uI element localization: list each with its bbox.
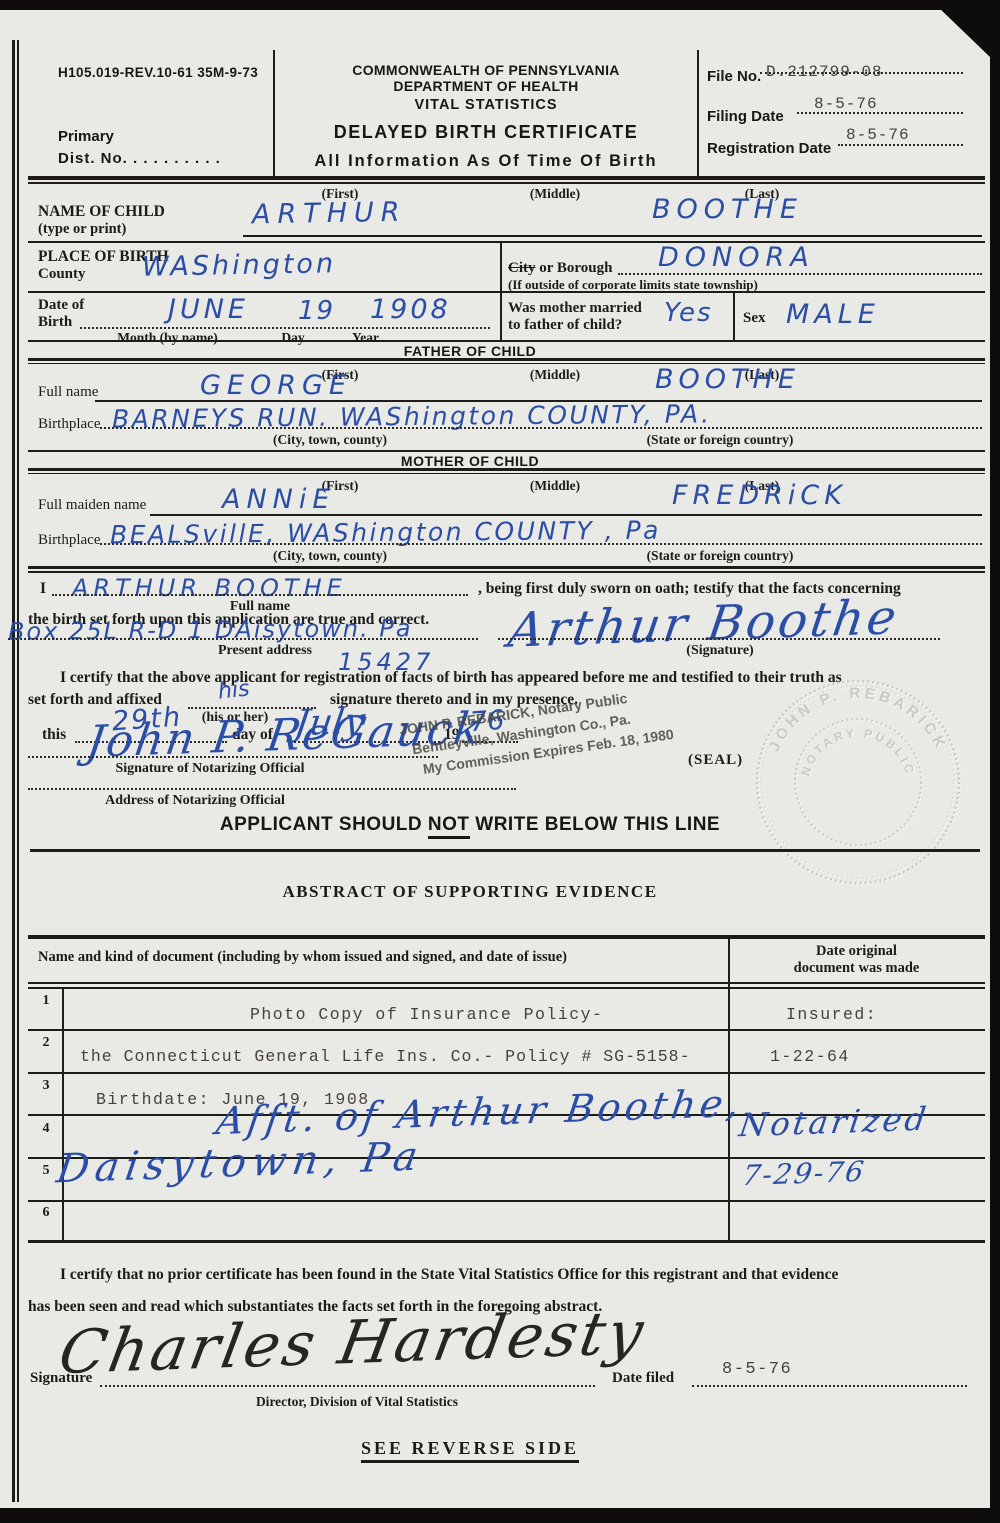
table-header-rule-2: [28, 987, 985, 989]
child-first-value: ARTHUR: [252, 197, 407, 231]
header-divider-left: [273, 50, 275, 180]
dob-day-value: 19: [298, 296, 335, 326]
birth-label: Birth: [38, 314, 72, 331]
notary-cert-line1: I certify that the above applicant for r…: [60, 669, 842, 687]
filing-date-label: Filing Date: [707, 108, 784, 125]
mother-banner: MOTHER OF CHILD: [28, 453, 912, 469]
table-row-line-1: [28, 1029, 985, 1031]
document-title: DELAYED BIRTH CERTIFICATE: [283, 122, 689, 143]
page-edge-line: [12, 40, 15, 1502]
borough-line: [618, 273, 982, 275]
row-2-num: 2: [33, 1035, 59, 1051]
row-2-date: 1-22-64: [770, 1047, 850, 1066]
father-fullname-label: Full name: [38, 384, 98, 401]
child-last-value: BOOTHE: [652, 194, 803, 225]
father-state-sublabel: (State or foreign country): [600, 432, 840, 448]
married-label-2: to father of child?: [508, 317, 622, 334]
affidavit-name-line: [52, 594, 468, 596]
abstract-title: ABSTRACT OF SUPPORTING EVIDENCE: [28, 882, 912, 902]
date-filed-label: Date filed: [612, 1370, 674, 1387]
notary-address-line: [28, 788, 516, 790]
affidavit-address-line: [8, 638, 478, 640]
certificate-page: H105.019-REV.10-61 35M-9-73 Primary Dist…: [0, 10, 990, 1508]
row-1-doc: Photo Copy of Insurance Policy-: [250, 1005, 603, 1024]
notary-embossed-seal: JOHN P. REBARICK NOTARY PUBLIC: [748, 672, 968, 892]
section-line-2: [28, 291, 985, 293]
table-header-date-1: Date original: [730, 943, 983, 960]
father-birthplace-line: [100, 427, 982, 429]
county-label: County: [38, 266, 86, 283]
married-label-1: Was mother married: [508, 300, 642, 317]
table-row-line-5: [28, 1200, 985, 1202]
place-divider: [500, 241, 502, 291]
registration-date-line: [838, 144, 963, 146]
county-value: WAShington: [142, 248, 337, 282]
applicant-warning-post: WRITE BELOW THIS LINE: [470, 814, 721, 835]
page-edge-line-2: [17, 40, 19, 1502]
sex-divider: [733, 293, 735, 340]
mother-first-value: ANNiE: [222, 484, 335, 515]
borough-label: or Borough: [539, 260, 612, 276]
father-birthplace-label: Birthplace: [38, 416, 100, 433]
certification-line1: I certify that no prior certificate has …: [60, 1266, 838, 1284]
row-4-date: Notarized: [737, 1100, 931, 1145]
no-write-rule: [30, 849, 980, 852]
father-city-sublabel: (City, town, county): [230, 432, 430, 448]
row-5-doc: Daisytown, Pa: [54, 1134, 427, 1193]
father-banner: FATHER OF CHILD: [28, 343, 912, 359]
date-of-label: Date of: [38, 297, 84, 314]
table-header-date-2: document was made: [730, 960, 983, 977]
form-number: H105.019-REV.10-61 35M-9-73: [58, 65, 258, 80]
affidavit-signature-sublabel: (Signature): [650, 643, 790, 659]
filing-date-value: 8-5-76: [814, 95, 878, 113]
filing-date-line: [797, 112, 963, 114]
mother-top-line: [28, 450, 985, 452]
mother-fullname-label: Full maiden name: [38, 497, 146, 514]
sex-label: Sex: [743, 310, 766, 327]
notary-this-label: this: [42, 726, 66, 744]
child-name-label: NAME OF CHILD: [38, 203, 165, 221]
affidavit-signature-line: [498, 638, 940, 640]
date-filed-value: 8-5-76: [722, 1360, 792, 1379]
table-top-border: [28, 935, 985, 939]
registration-date-value: 8-5-76: [846, 126, 910, 144]
mother-state-sublabel: (State or foreign country): [600, 548, 840, 564]
father-last-value: BOOTHE: [655, 364, 800, 395]
mother-last-value: FREDRiCK: [672, 480, 847, 511]
date-filed-line: [692, 1385, 967, 1387]
row-4-num: 4: [33, 1121, 59, 1137]
child-name-line: [243, 235, 982, 237]
notary-his-value: his: [217, 676, 251, 704]
dob-year-value: 1908: [370, 294, 451, 325]
see-reverse-wrap: SEE REVERSE SIDE: [28, 1438, 912, 1459]
mother-rule: [28, 468, 985, 471]
notary-signature-sublabel: Signature of Notarizing Official: [90, 761, 330, 777]
father-rule: [28, 358, 985, 361]
notary-address-sublabel: Address of Notarizing Official: [80, 793, 310, 809]
dob-month-value: JUNE: [168, 294, 249, 325]
sex-value: MALE: [786, 299, 880, 330]
row-5-date: 7-29-76: [740, 1155, 867, 1192]
dist-no-label: Dist. No. . . . . . . . . .: [58, 150, 221, 167]
affidavit-rule: [28, 566, 985, 569]
mother-rule-2: [28, 473, 985, 474]
row-1-date: Insured:: [786, 1005, 877, 1024]
see-reverse-side: SEE REVERSE SIDE: [361, 1438, 579, 1463]
affidavit-name-value: ARTHUR BOOTHE: [72, 574, 347, 602]
affidavit-i-label: I: [40, 580, 46, 598]
registration-date-label: Registration Date: [707, 140, 831, 157]
agency-line-3: VITAL STATISTICS: [283, 97, 689, 113]
primary-label: Primary: [58, 128, 114, 145]
child-name-sublabel: (type or print): [38, 221, 126, 238]
married-value: Yes: [664, 298, 713, 328]
agency-line-1: COMMONWEALTH OF PENNSYLVANIA: [283, 62, 689, 78]
affidavit-address-sublabel: Present address: [185, 643, 345, 659]
signature-label: Signature: [30, 1370, 92, 1387]
mother-name-line: [150, 514, 982, 516]
document-subtitle: All Information As Of Time Of Birth: [283, 152, 689, 171]
seal-label: (SEAL): [688, 752, 743, 769]
applicant-warning: APPLICANT SHOULD NOT WRITE BELOW THIS LI…: [28, 814, 912, 836]
married-divider: [500, 293, 502, 340]
dob-line: [80, 327, 490, 329]
table-header-rule: [28, 982, 985, 984]
affidavit-rule-2: [28, 571, 985, 573]
affidavit-address-value: Box 25L R-D 1 DAisytown. Pa: [8, 614, 413, 646]
table-header-doc: Name and kind of document (including by …: [38, 949, 698, 966]
row-6-num: 6: [33, 1205, 59, 1221]
director-sublabel: Director, Division of Vital Statistics: [232, 1394, 482, 1410]
file-no-label: File No.: [707, 68, 761, 85]
notary-signature-line: [28, 756, 438, 758]
city-label-struck: City: [508, 260, 536, 276]
father-first-value: GEORGE: [200, 370, 352, 401]
mother-middle-col-label: (Middle): [510, 478, 600, 494]
table-bottom-border: [28, 1240, 985, 1243]
row-2-doc: the Connecticut General Life Ins. Co.- P…: [80, 1047, 691, 1066]
applicant-warning-pre: APPLICANT SHOULD: [220, 814, 428, 835]
mother-birthplace-label: Birthplace: [38, 532, 100, 549]
row-3-num: 3: [33, 1078, 59, 1094]
child-middle-col-label: (Middle): [510, 186, 600, 202]
father-rule-2: [28, 363, 985, 364]
header-rule: [28, 176, 985, 180]
signature-line: [100, 1385, 595, 1387]
father-middle-col-label: (Middle): [510, 367, 600, 383]
borough-value: DONORA: [658, 242, 815, 273]
row-1-num: 1: [33, 993, 59, 1009]
abstract-table: Name and kind of document (including by …: [28, 935, 985, 1242]
mother-birthplace-line: [100, 543, 982, 545]
section-line-1: [28, 241, 985, 243]
applicant-warning-not: NOT: [428, 814, 470, 839]
father-top-line: [28, 340, 985, 342]
mother-city-sublabel: (City, town, county): [230, 548, 430, 564]
header-rule-2: [28, 182, 985, 184]
table-row-line-2: [28, 1072, 985, 1074]
file-no-line: [760, 72, 963, 74]
header-divider-right: [697, 50, 699, 180]
agency-line-2: DEPARTMENT OF HEALTH: [283, 78, 689, 94]
